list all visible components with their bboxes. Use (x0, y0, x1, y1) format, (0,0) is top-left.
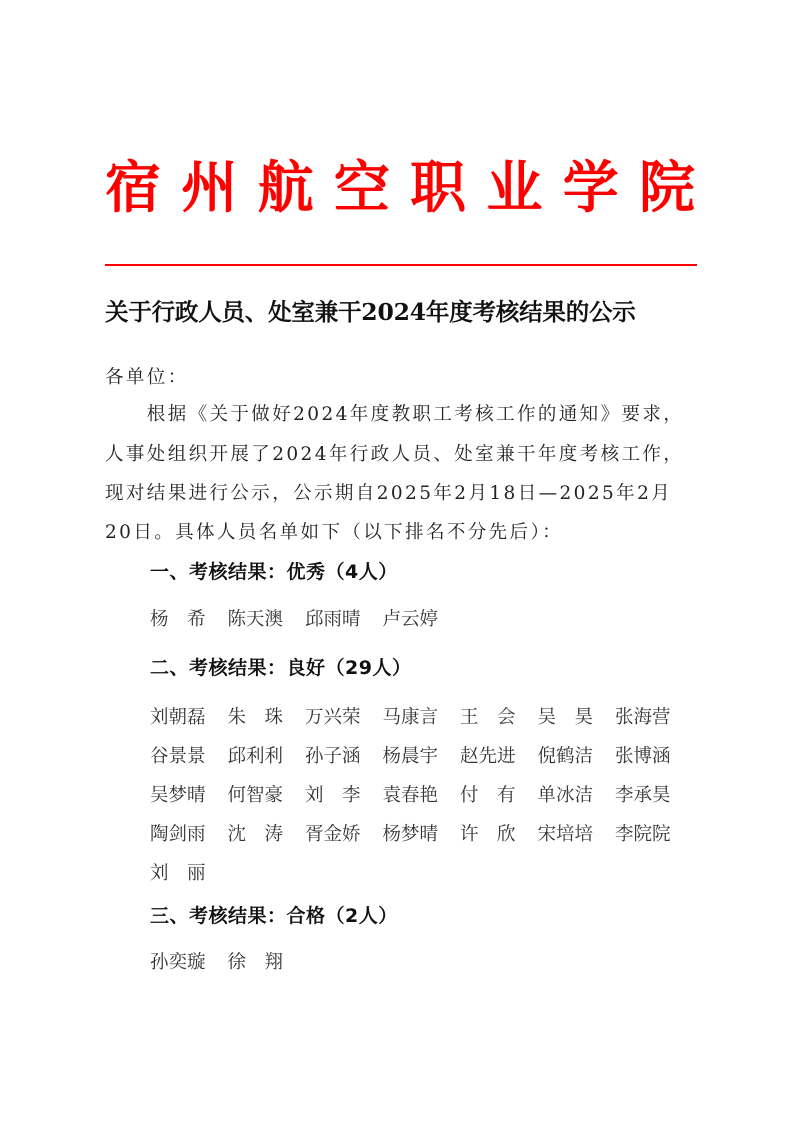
person-name: 李承昊 (615, 781, 693, 807)
person-name: 赵先进 (460, 742, 538, 768)
person-name: 付 有 (460, 781, 538, 807)
person-name: 刘朝磊 (150, 703, 228, 729)
person-name: 马康言 (383, 703, 461, 729)
masthead-char: 院 (639, 160, 695, 216)
person-name: 刘 李 (305, 781, 383, 807)
body-line: 根据《关于做好2024年度教职工考核工作的通知》要求， (105, 400, 684, 426)
person-name: 袁春艳 (383, 781, 461, 807)
person-name: 邱利利 (228, 742, 306, 768)
masthead-char: 州 (181, 160, 237, 216)
person-name: 宋培培 (538, 820, 616, 846)
person-name: 吴 昊 (538, 703, 616, 729)
section-heading-pass: 三、考核结果：合格（2人） (150, 901, 398, 928)
masthead-char: 宿 (105, 160, 161, 216)
person-name: 王 会 (460, 703, 538, 729)
name-row: 谷景景邱利利孙子涵杨晨宇赵先进倪鹤洁张博涵 (150, 742, 693, 768)
person-name: 李院院 (615, 820, 693, 846)
person-name: 朱 珠 (228, 703, 306, 729)
person-name: 张博涵 (615, 742, 693, 768)
person-name: 邱雨晴 (305, 605, 383, 631)
person-name: 倪鹤洁 (538, 742, 616, 768)
masthead-char: 业 (486, 160, 542, 216)
person-name: 孙子涵 (305, 742, 383, 768)
masthead-char: 职 (410, 160, 466, 216)
person-name: 陈天澳 (228, 605, 306, 631)
person-name: 何智豪 (228, 781, 306, 807)
name-row: 吴梦晴何智豪刘 李袁春艳付 有单冰洁李承昊 (150, 781, 693, 807)
person-name: 许 欣 (460, 820, 538, 846)
person-name: 谷景景 (150, 742, 228, 768)
person-name: 杨梦晴 (383, 820, 461, 846)
document-title: 关于行政人员、处室兼干2024年度考核结果的公示 (105, 293, 705, 327)
masthead-char: 学 (563, 160, 619, 216)
institution-masthead: 宿 州 航 空 职 业 学 院 (105, 150, 695, 226)
masthead-char: 空 (334, 160, 390, 216)
name-row: 孙奕璇徐 翔 (150, 948, 305, 974)
person-name: 胥金娇 (305, 820, 383, 846)
name-row: 杨 希陈天澳邱雨晴卢云婷 (150, 605, 460, 631)
body-line: 20日。具体人员名单如下（以下排名不分先后）： (105, 518, 563, 544)
section-heading-excellent: 一、考核结果：优秀（4人） (150, 557, 398, 584)
person-name: 沈 涛 (228, 820, 306, 846)
body-line: 人事处组织开展了2024年行政人员、处室兼干年度考核工作， (105, 440, 684, 466)
section-heading-good: 二、考核结果：良好（29人） (150, 653, 411, 680)
person-name: 孙奕璇 (150, 948, 228, 974)
person-name: 陶剑雨 (150, 820, 228, 846)
person-name: 万兴荣 (305, 703, 383, 729)
name-row: 刘 丽 (150, 859, 228, 885)
person-name: 杨晨宇 (383, 742, 461, 768)
name-row: 刘朝磊朱 珠万兴荣马康言王 会吴 昊张海营 (150, 703, 693, 729)
person-name: 徐 翔 (228, 948, 306, 974)
person-name: 单冰洁 (538, 781, 616, 807)
salutation: 各单位： (105, 363, 189, 389)
person-name: 刘 丽 (150, 859, 228, 885)
person-name: 张海营 (615, 703, 693, 729)
person-name: 杨 希 (150, 605, 228, 631)
masthead-char: 航 (258, 160, 314, 216)
person-name: 吴梦晴 (150, 781, 228, 807)
person-name: 卢云婷 (383, 605, 461, 631)
body-line: 现对结果进行公示，公示期自2025年2月18日—2025年2月 (105, 479, 672, 505)
name-row: 陶剑雨沈 涛胥金娇杨梦晴许 欣宋培培李院院 (150, 820, 693, 846)
red-divider (105, 264, 697, 266)
